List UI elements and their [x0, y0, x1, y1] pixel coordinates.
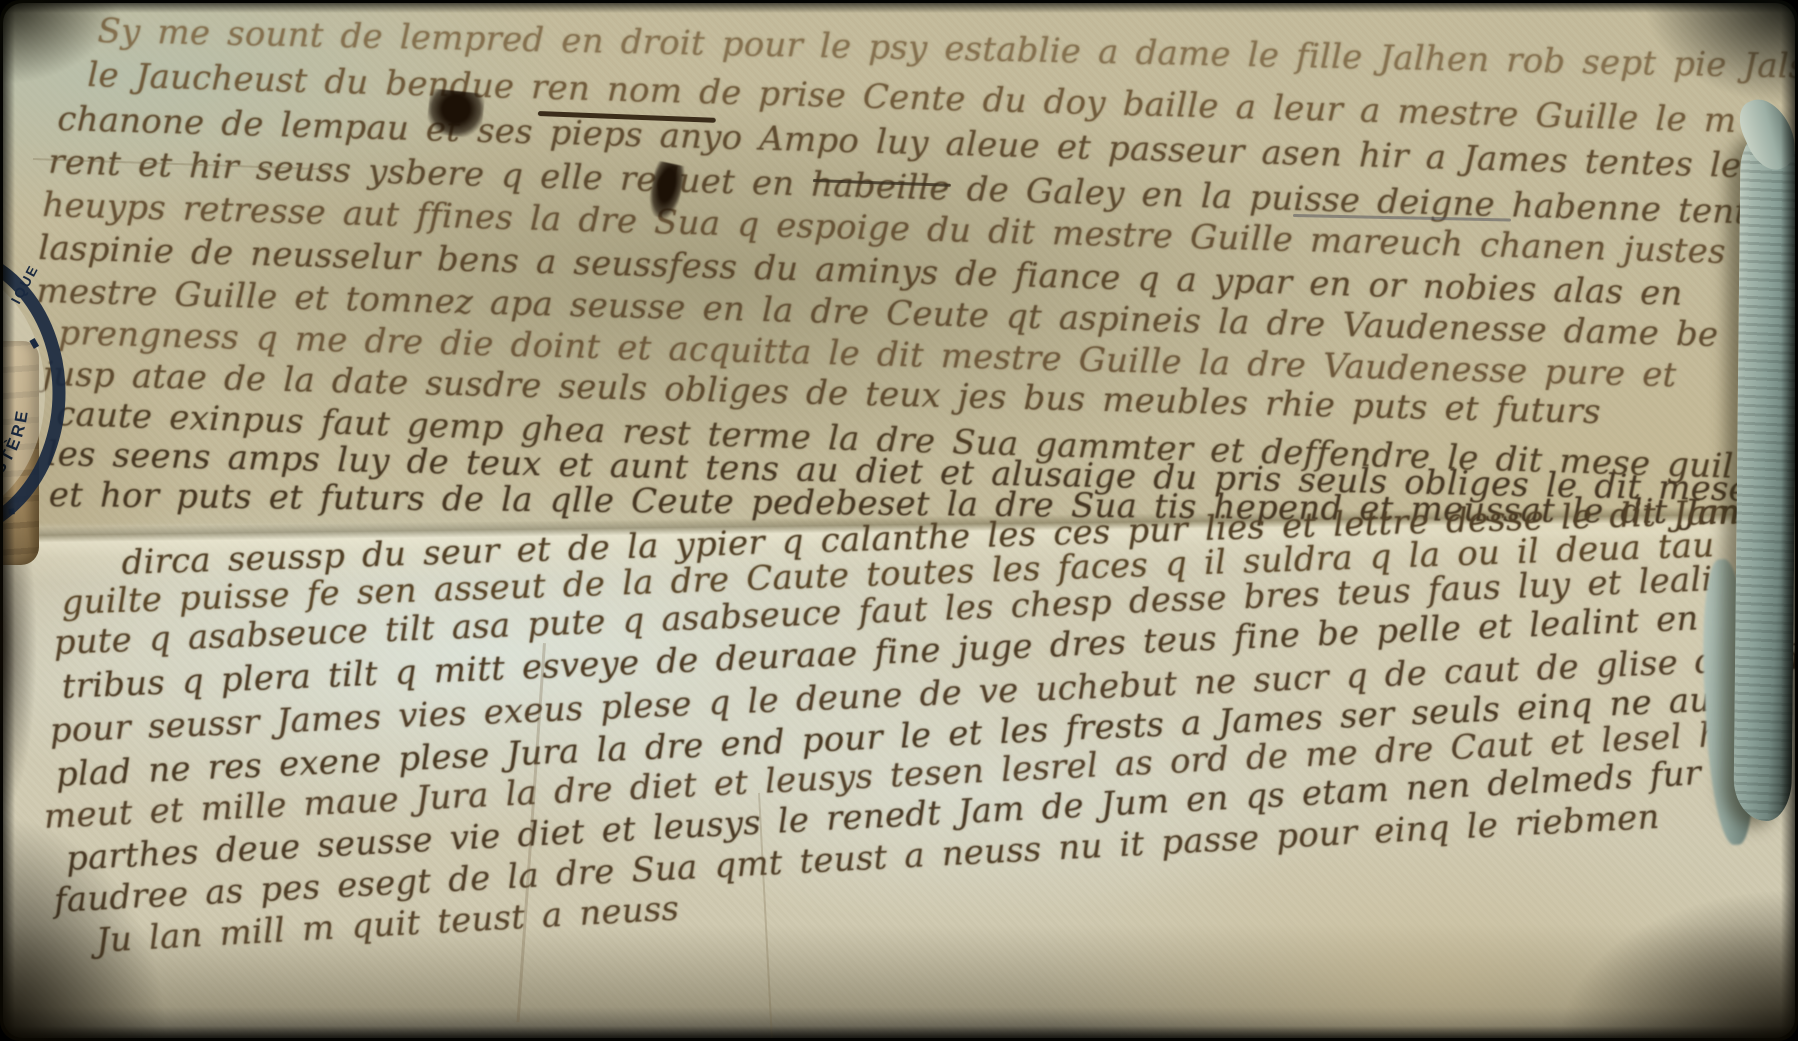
parchment-page: Sy me sount de lempred en droit pour le …	[3, 3, 1795, 1038]
archive-stamp: FINISTÈRE IQUE ◆	[3, 243, 75, 543]
ink-blot	[426, 88, 485, 139]
photo-frame: Sy me sount de lempred en droit pour le …	[0, 0, 1798, 1041]
cloth-strip-right	[1733, 129, 1795, 822]
